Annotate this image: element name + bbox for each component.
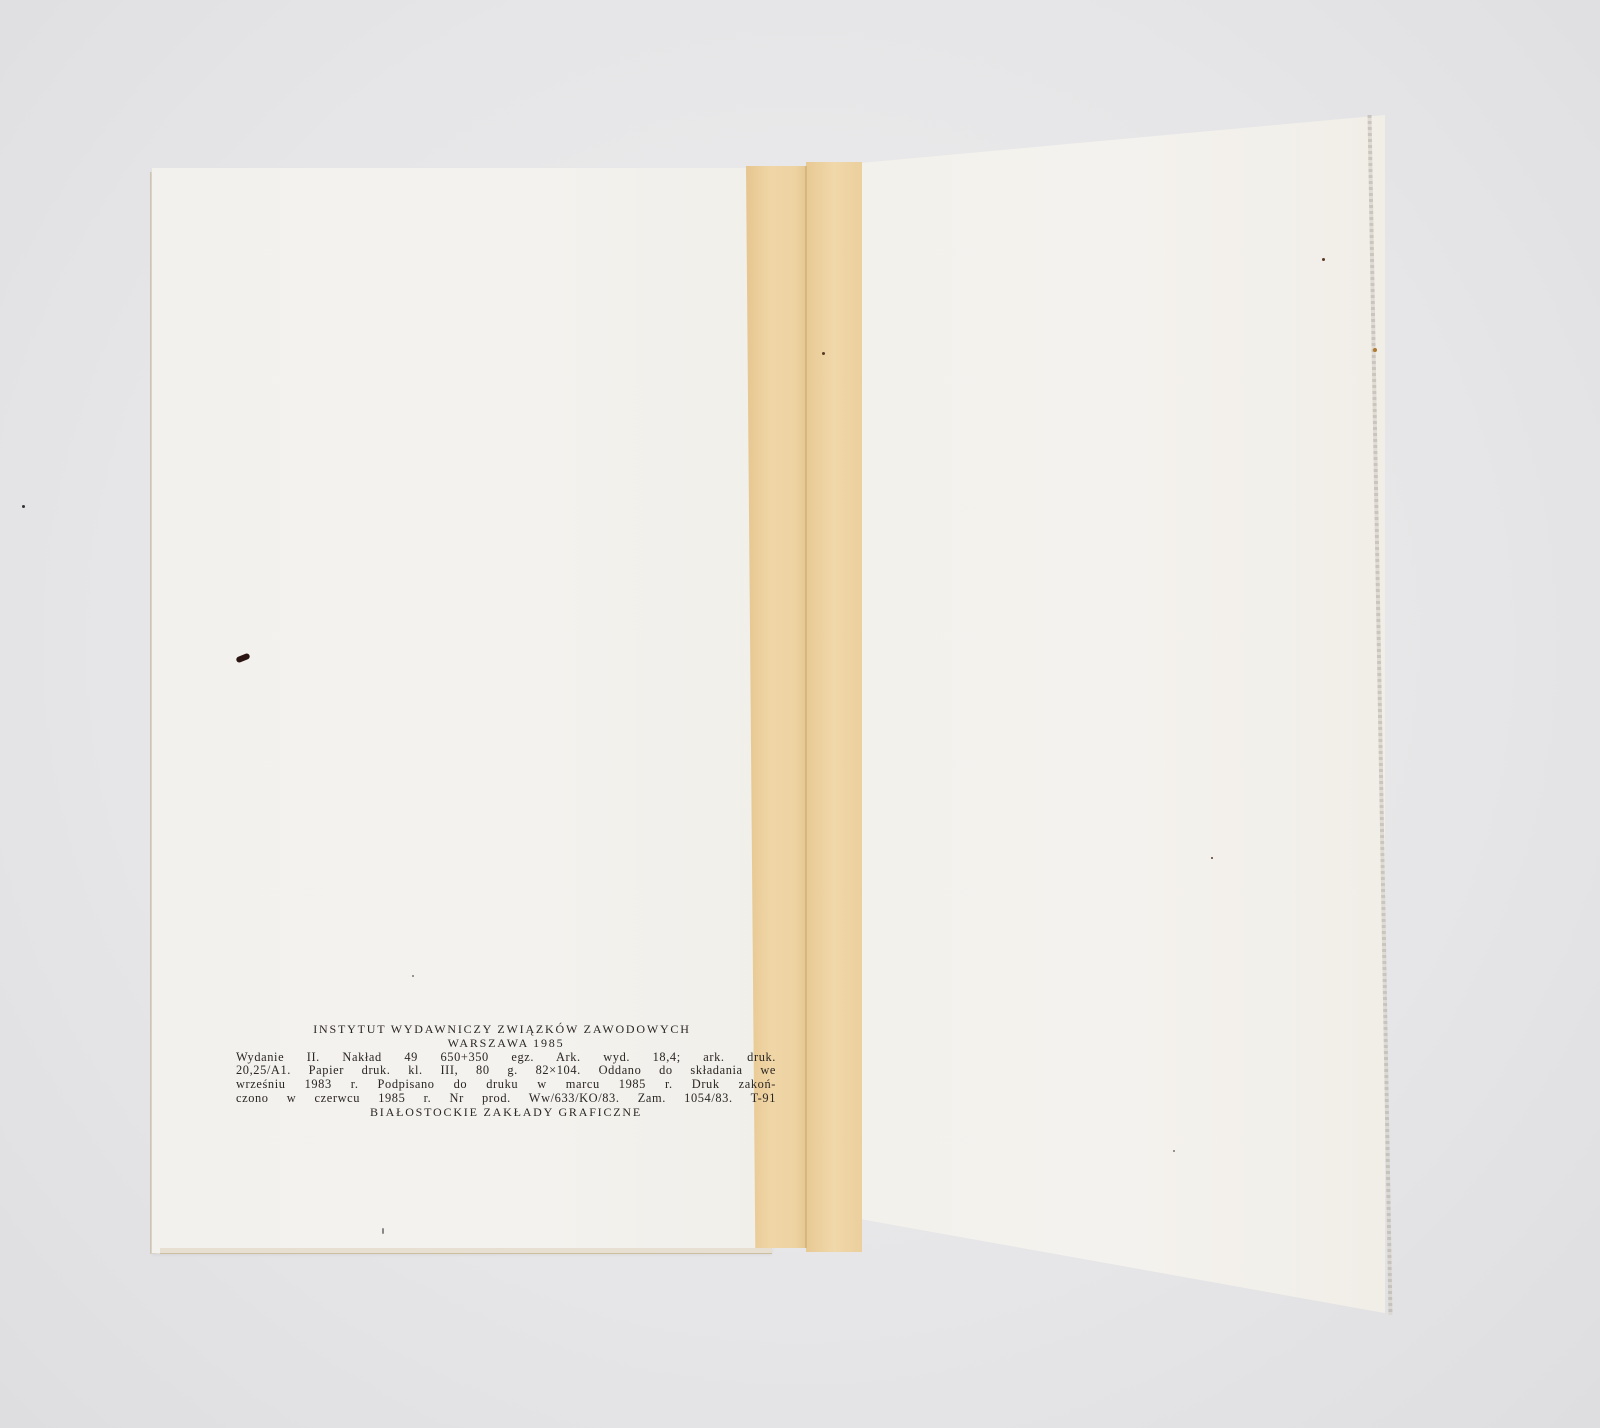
speck xyxy=(382,1228,384,1234)
spine-right-fold xyxy=(806,162,862,1252)
colophon-line: czono w czerwcu 1985 r. Nr prod. Ww/633/… xyxy=(236,1092,776,1106)
speck xyxy=(22,505,25,508)
speck xyxy=(1211,857,1213,859)
printer-name: BIAŁOSTOCKIE ZAKŁADY GRAFICZNE xyxy=(236,1106,776,1120)
left-page-bottom-edge xyxy=(160,1248,772,1254)
city-year: WARSZAWA 1985 xyxy=(236,1037,776,1051)
open-book: INSTYTUT WYDAWNICZY ZWIĄZKÓW ZAWODOWYCH … xyxy=(0,0,1600,1428)
colophon-line: 20,25/A1. Papier druk. kl. III, 80 g. 82… xyxy=(236,1064,776,1078)
speck xyxy=(1173,1150,1175,1152)
spine-seam xyxy=(805,166,807,1248)
speck xyxy=(1322,258,1325,261)
speck xyxy=(412,975,414,977)
colophon-line: Wydanie II. Nakład 49 650+350 egz. Ark. … xyxy=(236,1051,776,1065)
speck xyxy=(1373,348,1377,352)
publisher-name: INSTYTUT WYDAWNICZY ZWIĄZKÓW ZAWODOWYCH xyxy=(228,1023,776,1037)
colophon: INSTYTUT WYDAWNICZY ZWIĄZKÓW ZAWODOWYCH … xyxy=(236,1023,776,1120)
right-page xyxy=(860,115,1385,1315)
colophon-line: wrześniu 1983 r. Podpisano do druku w ma… xyxy=(236,1078,776,1092)
speck xyxy=(822,352,825,355)
